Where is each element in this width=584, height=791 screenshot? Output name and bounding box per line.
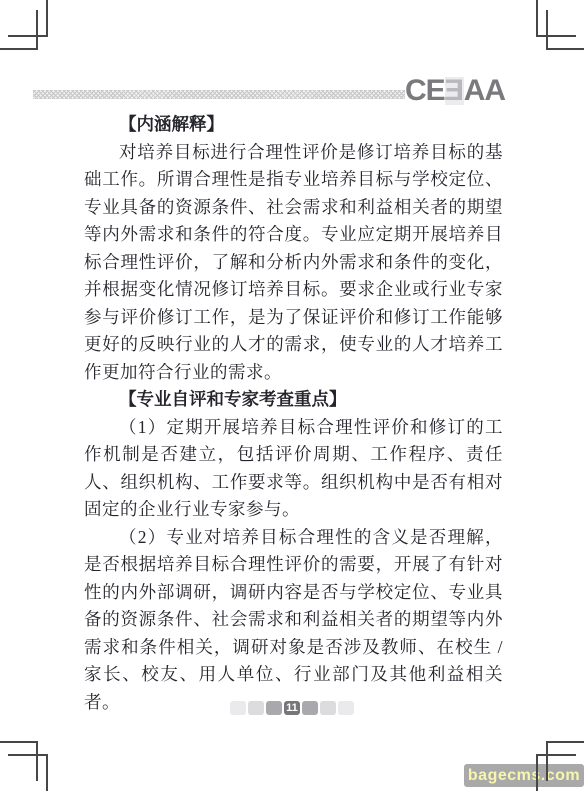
paragraph-review-point-1: （1）定期开展培养目标合理性评价和修订的工作机制是否建立，包括评价周期、工作程序…: [84, 414, 503, 524]
section-heading-definition: 【内涵解释】: [84, 111, 503, 139]
page-number-badge: 11: [284, 701, 300, 715]
pager-square: [248, 701, 264, 715]
pager: 11: [0, 701, 584, 715]
ceeaa-logo: CEEAA: [405, 77, 505, 105]
pager-square: [266, 701, 282, 715]
body-text: 【内涵解释】 对培养目标进行合理性评价是修订培养目标的基础工作。所谓合理性是指专…: [84, 111, 503, 716]
logo-reversed-e: E: [445, 77, 464, 105]
logo-text-right: AA: [464, 74, 505, 107]
pager-square: [320, 701, 336, 715]
logo-text-left: CE: [405, 74, 445, 107]
section-heading-review-focus: 【专业自评和专家考查重点】: [84, 386, 503, 414]
paragraph-definition: 对培养目标进行合理性评价是修订培养目标的基础工作。所谓合理性是指专业培养目标与学…: [84, 139, 503, 387]
paragraph-review-point-2: （2）专业对培养目标合理性的含义是否理解，是否根据培养目标合理性评价的需要，开展…: [84, 524, 503, 717]
pager-square: [338, 701, 354, 715]
pager-square: [230, 701, 246, 715]
crop-mark-bottom-left-inner: [0, 741, 38, 781]
pager-square: [302, 701, 318, 715]
crop-mark-bottom-right-inner: [546, 741, 584, 781]
crop-mark-top-right-inner: [546, 10, 584, 50]
header-rule: [33, 90, 405, 99]
crop-mark-top-left-inner: [0, 10, 38, 50]
